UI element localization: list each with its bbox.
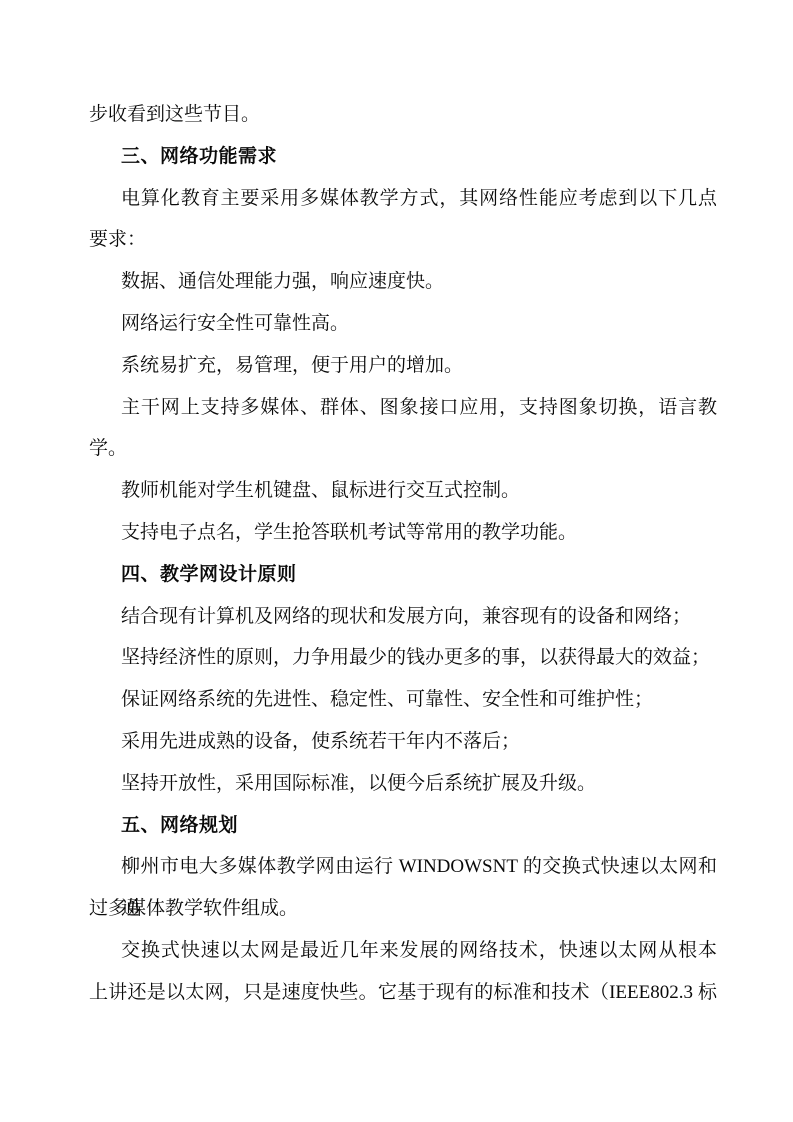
text-line: 主干网上支持多媒体、群体、图象接口应用，支持图象切换，语言教 (89, 387, 717, 429)
text-line: 教师机能对学生机键盘、鼠标进行交互式控制。 (89, 470, 717, 512)
section-heading: 三、网络功能需求 (89, 136, 717, 178)
document-page: 步收看到这些节目。三、网络功能需求电算化教育主要采用多媒体教学方式，其网络性能应… (0, 0, 793, 1122)
text-line: 过多媒体教学软件组成。 (89, 888, 717, 930)
text-line: 柳州市电大多媒体教学网由运行 WINDOWSNT 的交换式快速以太网和通 (89, 846, 717, 888)
text-line: 网络运行安全性可靠性高。 (89, 303, 717, 345)
text-line: 采用先进成熟的设备，使系统若干年内不落后； (89, 721, 717, 763)
text-line: 上讲还是以太网，只是速度快些。它基于现有的标准和技术（IEEE802.3 标 (89, 972, 717, 1014)
section-heading: 五、网络规划 (89, 805, 717, 847)
text-line: 数据、通信处理能力强，响应速度快。 (89, 261, 717, 303)
text-line: 交换式快速以太网是最近几年来发展的网络技术，快速以太网从根本 (89, 930, 717, 972)
text-line: 坚持开放性，采用国际标准，以便今后系统扩展及升级。 (89, 763, 717, 805)
text-line: 系统易扩充，易管理，便于用户的增加。 (89, 345, 717, 387)
text-line: 结合现有计算机及网络的现状和发展方向，兼容现有的设备和网络； (89, 596, 717, 638)
text-line: 电算化教育主要采用多媒体教学方式，其网络性能应考虑到以下几点 (89, 178, 717, 220)
text-line: 学。 (89, 428, 717, 470)
text-line: 保证网络系统的先进性、稳定性、可靠性、安全性和可维护性； (89, 679, 717, 721)
document-body: 步收看到这些节目。三、网络功能需求电算化教育主要采用多媒体教学方式，其网络性能应… (89, 94, 717, 1014)
text-line: 要求： (89, 219, 717, 261)
text-line: 坚持经济性的原则，力争用最少的钱办更多的事，以获得最大的效益； (89, 637, 717, 679)
text-line: 支持电子点名，学生抢答联机考试等常用的教学功能。 (89, 512, 717, 554)
text-line: 步收看到这些节目。 (89, 94, 717, 136)
section-heading: 四、教学网设计原则 (89, 554, 717, 596)
